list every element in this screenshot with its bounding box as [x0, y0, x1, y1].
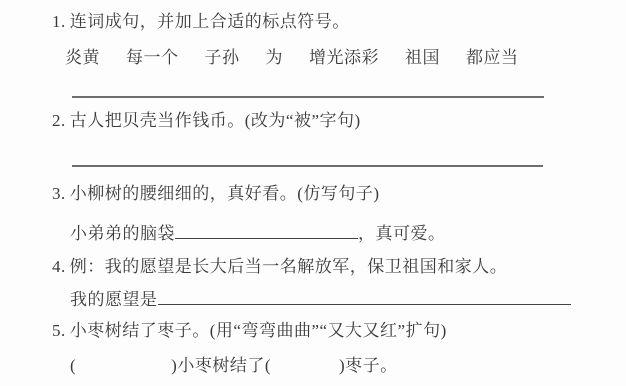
question-3-answer-prefix: 小弟弟的脑袋: [70, 224, 175, 243]
question-5-answer-mid: )小枣树结了(: [171, 356, 271, 375]
word-item: 为: [266, 47, 284, 69]
question-1-number: 1.: [52, 11, 66, 33]
question-2-number: 2.: [52, 110, 66, 132]
question-1-word-bank: 炎黄 每一个 子孙 为 增光添彩 祖国 都应当: [65, 47, 519, 69]
question-5: 5.小枣树结了枣子。(用“弯弯曲曲”“又大又红”扩句): [52, 320, 447, 342]
word-item: 增光添彩: [309, 47, 379, 69]
fill-in-blank: [175, 220, 358, 239]
question-1: 1.连词成句，并加上合适的标点符号。: [52, 11, 350, 33]
question-4-answer-prefix: 我的愿望是: [70, 290, 158, 309]
question-5-answer-close: )枣子。: [339, 356, 398, 375]
question-2-answer-rule: [72, 165, 543, 167]
word-item: 子孙: [205, 47, 240, 69]
question-4-prompt: 例：我的愿望是长大后当一名解放军，保卫祖国和家人。: [70, 257, 508, 276]
question-4-answer: 我的愿望是: [70, 286, 571, 311]
question-2: 2.古人把贝壳当作钱币。(改为“被”字句): [52, 110, 361, 132]
question-5-answer: ()小枣树结了()枣子。: [70, 355, 398, 377]
question-3: 3.小柳树的腰细细的，真好看。(仿写句子): [52, 183, 380, 205]
word-item: 祖国: [405, 47, 440, 69]
question-1-answer-rule: [72, 96, 544, 98]
question-5-answer-open-paren: (: [70, 356, 76, 375]
question-3-answer-suffix: ，真可爱。: [358, 224, 446, 243]
paren-blank: [271, 370, 339, 371]
paren-blank: [76, 370, 171, 371]
word-item: 都应当: [466, 47, 519, 69]
question-5-prompt: 小枣树结了枣子。(用“弯弯曲曲”“又大又红”扩句): [70, 321, 447, 340]
question-3-number: 3.: [52, 183, 66, 205]
question-5-number: 5.: [52, 320, 66, 342]
question-4-number: 4.: [52, 256, 66, 278]
question-4: 4.例：我的愿望是长大后当一名解放军，保卫祖国和家人。: [52, 256, 507, 278]
worksheet-page: 1.连词成句，并加上合适的标点符号。 炎黄 每一个 子孙 为 增光添彩 祖国 都…: [0, 0, 626, 386]
word-item: 每一个: [126, 47, 179, 69]
fill-in-blank: [158, 286, 571, 305]
question-1-prompt: 连词成句，并加上合适的标点符号。: [70, 12, 350, 31]
question-3-prompt: 小柳树的腰细细的，真好看。(仿写句子): [70, 184, 380, 203]
question-2-prompt: 古人把贝壳当作钱币。(改为“被”字句): [70, 111, 361, 130]
question-3-answer: 小弟弟的脑袋，真可爱。: [70, 220, 446, 245]
word-item: 炎黄: [65, 47, 100, 69]
